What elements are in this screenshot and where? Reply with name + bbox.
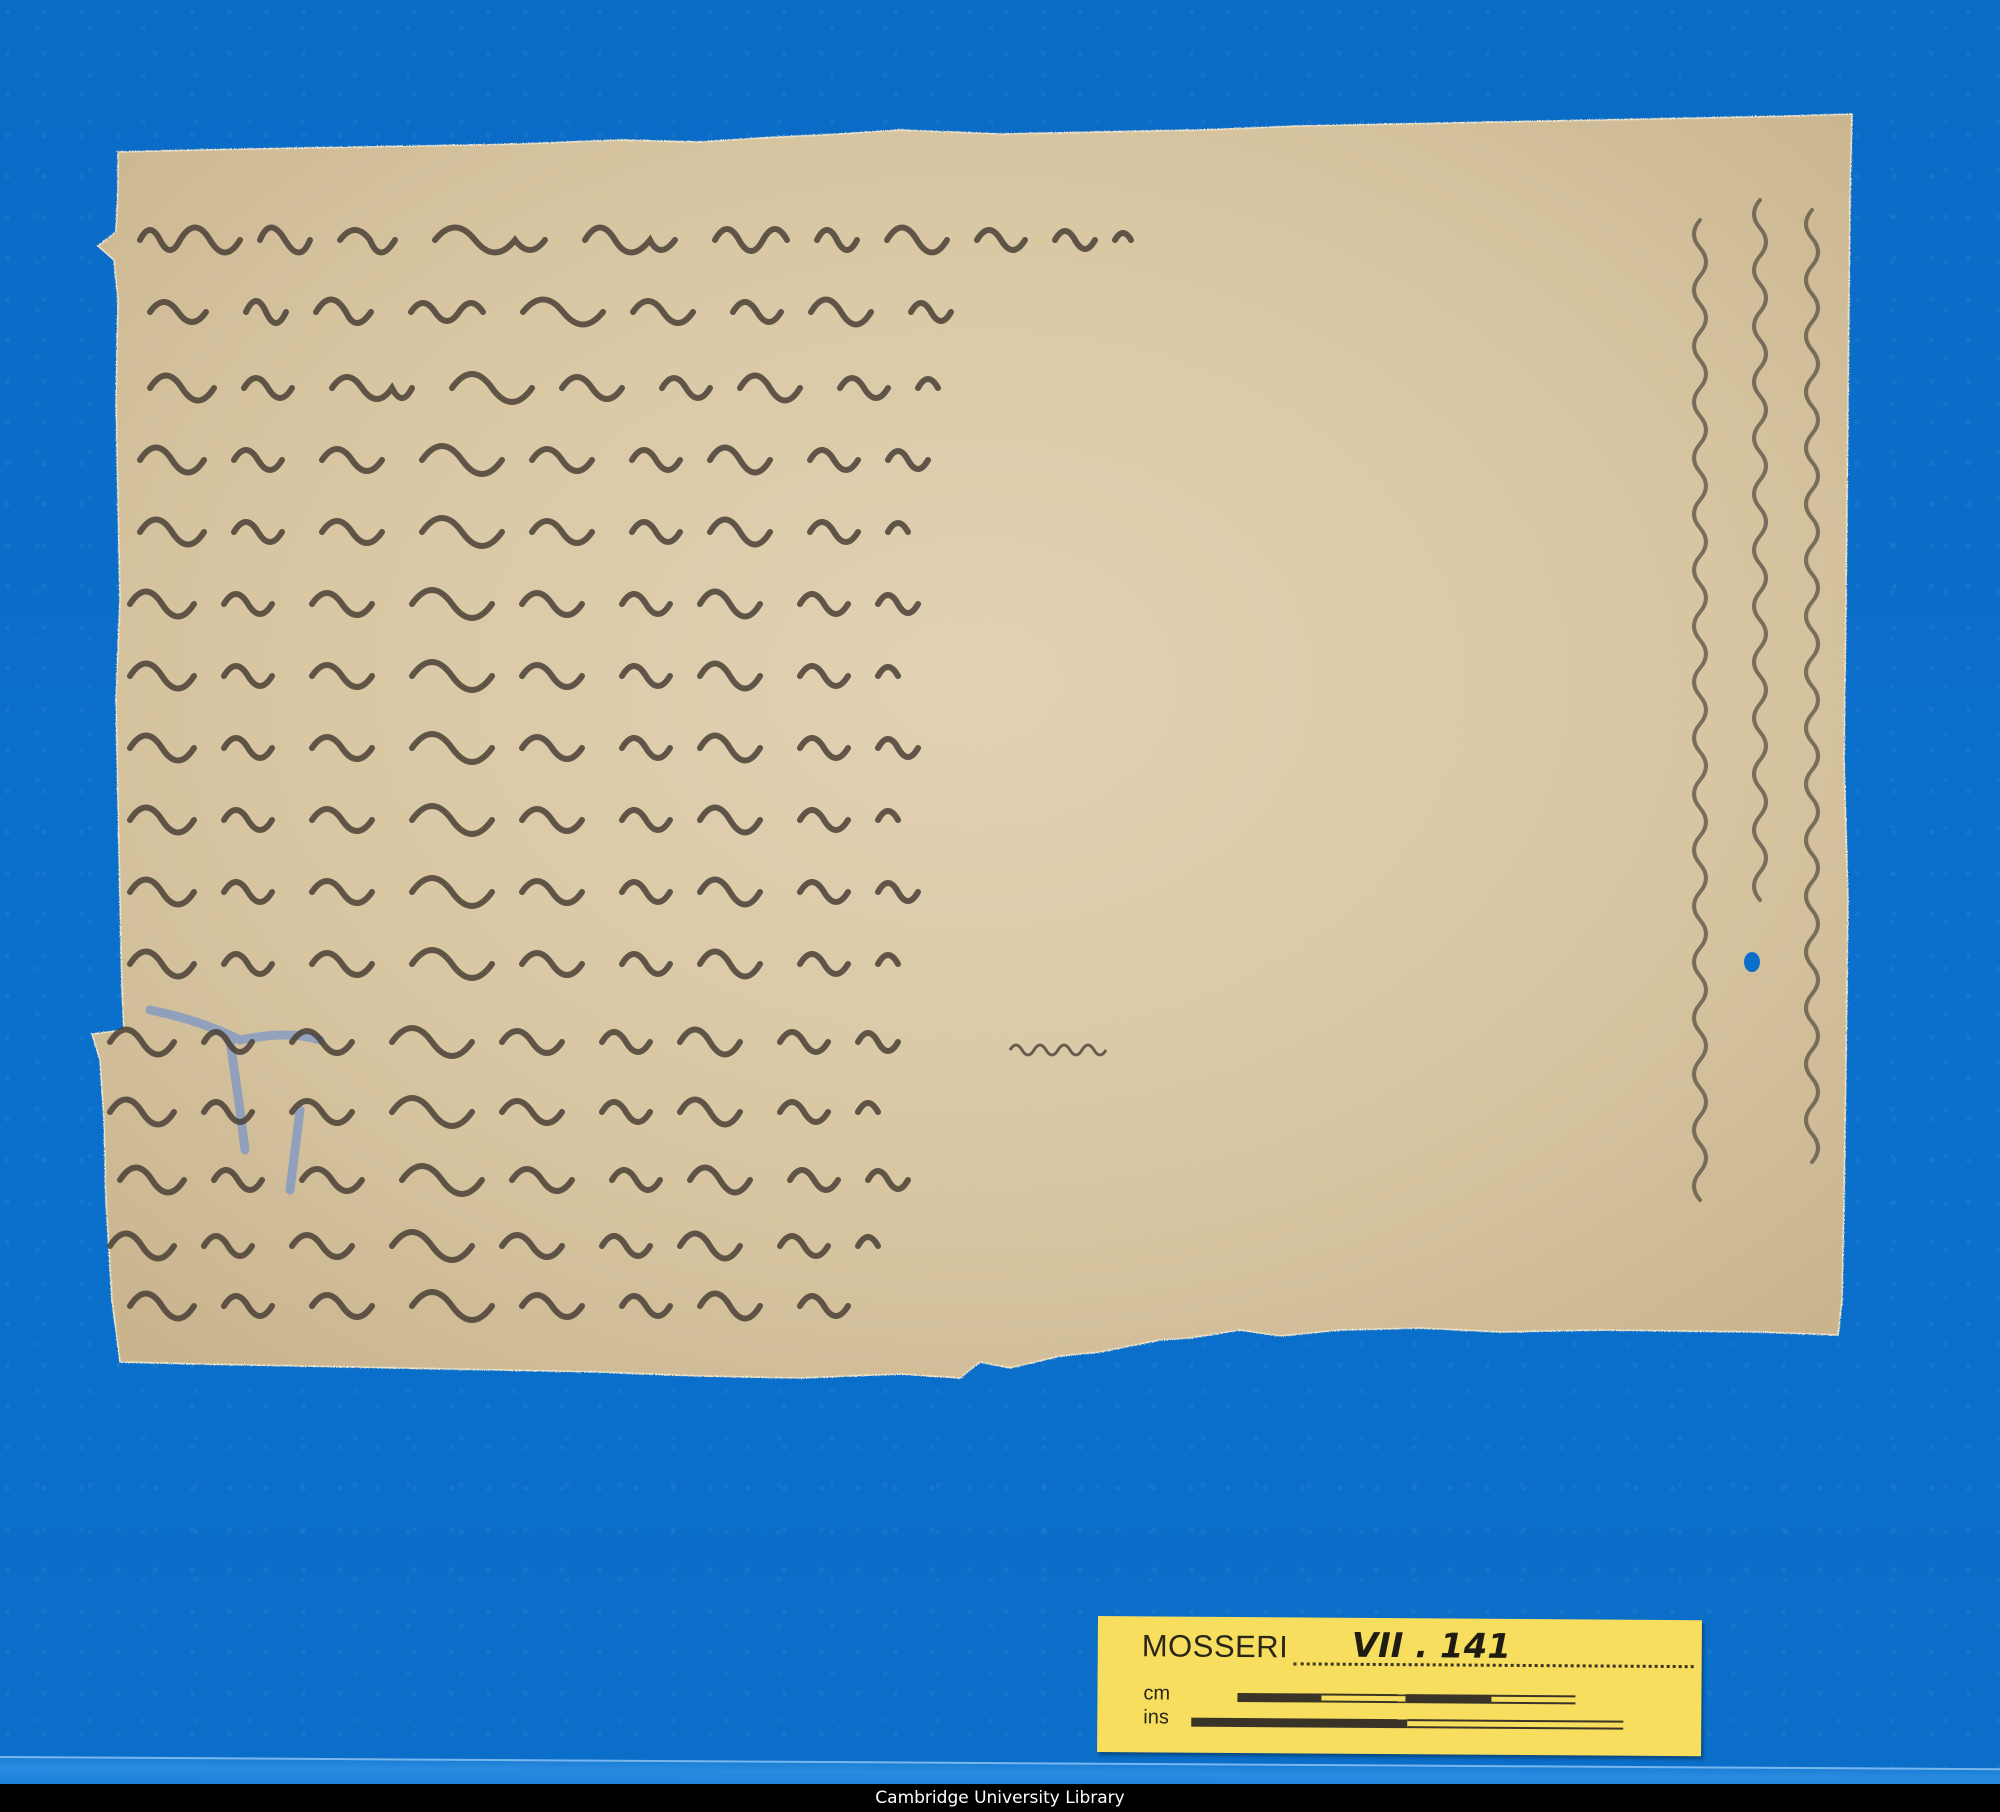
scale-unit-cm: cm: [1143, 1682, 1170, 1705]
inch-scale-bar: [1191, 1718, 1623, 1730]
shelfmark-label: MOSSERI VII . 141 cm ins: [1097, 1616, 1702, 1756]
paper-hole: [1744, 952, 1760, 972]
manuscript-fragment: [0, 0, 2000, 1784]
cm-scale-bar: [1237, 1693, 1577, 1704]
manuscript-image: [0, 0, 2000, 1784]
credit-bar: Cambridge University Library: [0, 1784, 2000, 1812]
shelfmark-number: VII . 141: [1352, 1626, 1511, 1667]
scale-unit-ins: ins: [1143, 1706, 1169, 1729]
collection-name: MOSSERI: [1142, 1628, 1289, 1665]
